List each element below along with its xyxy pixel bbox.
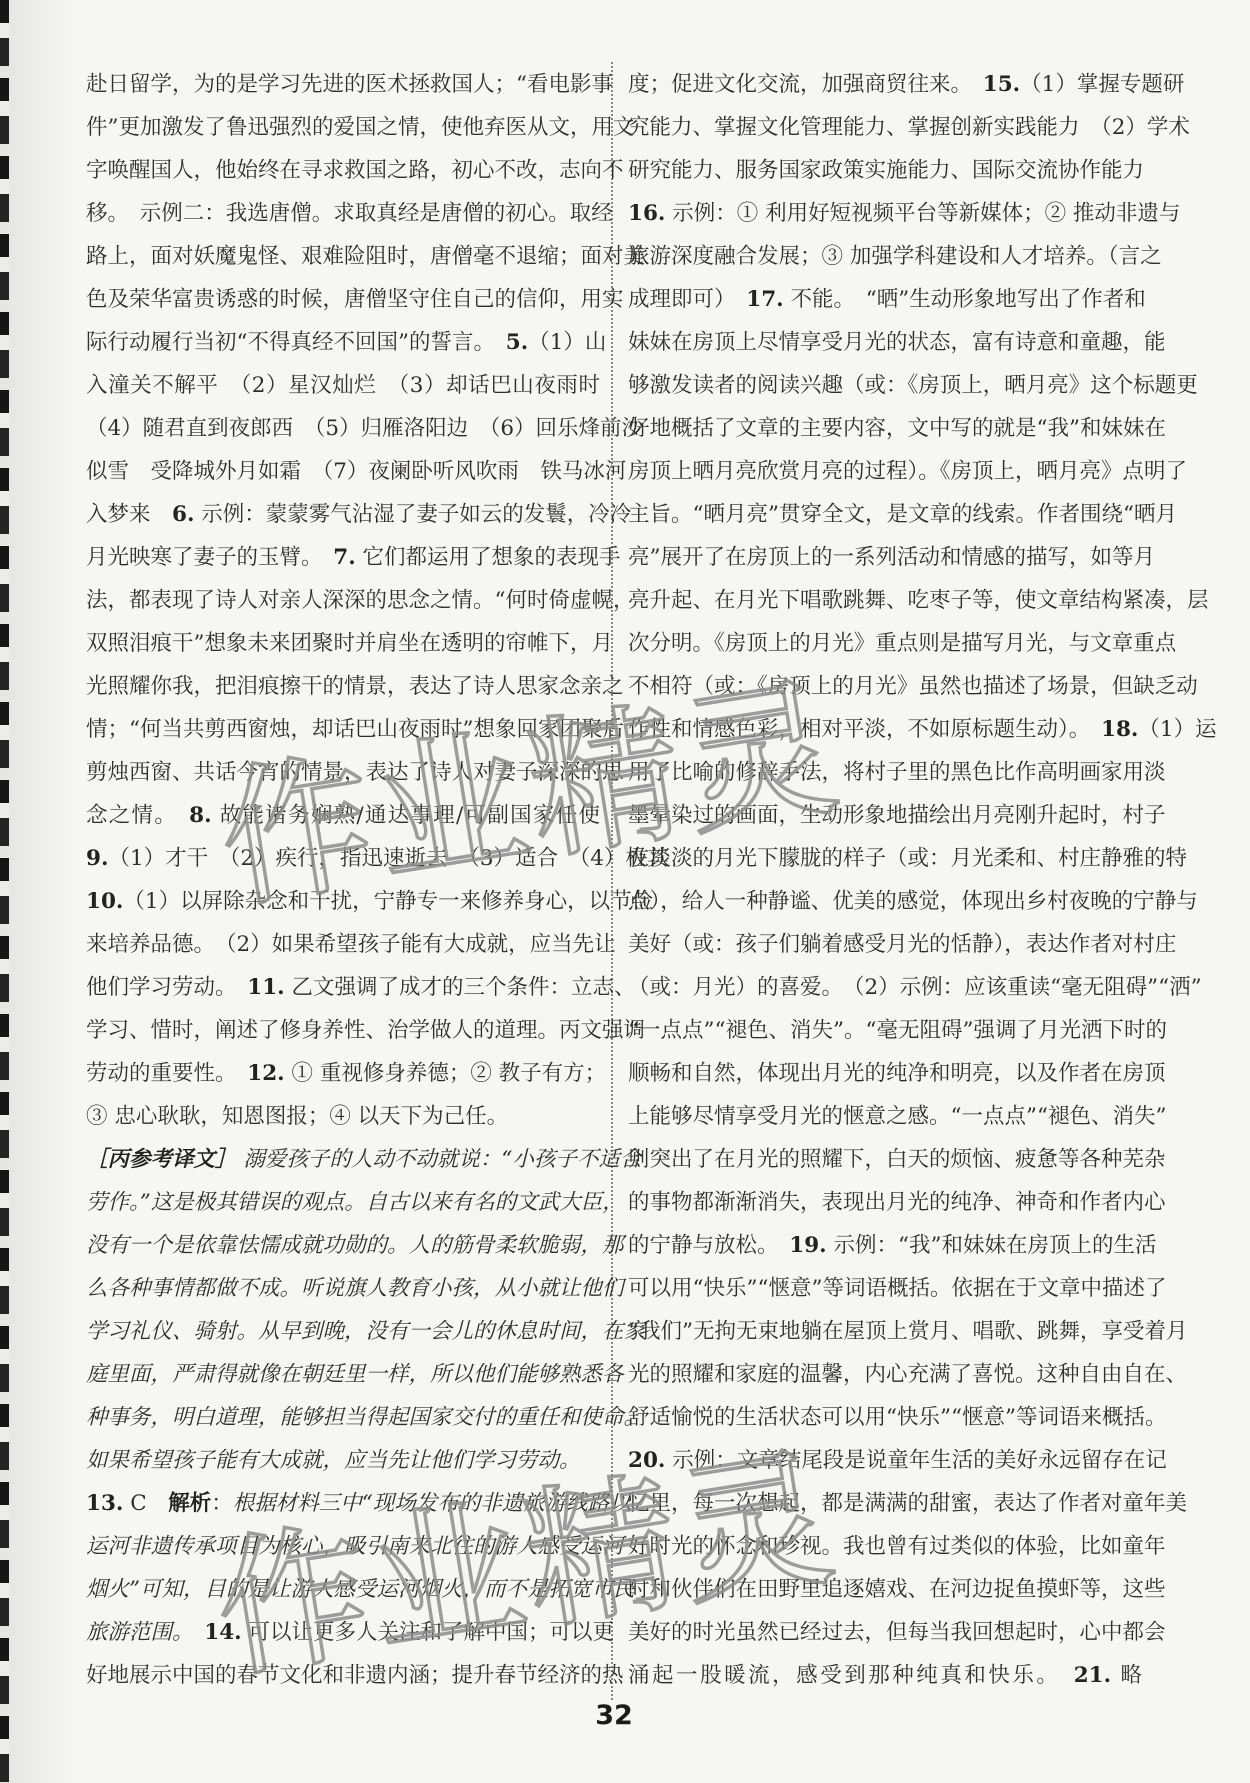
text-line: 情；“何当共剪西窗烛，却话巴山夜雨时”想象回家团聚后 — [86, 708, 600, 751]
answer-text: 用了比喻的修辞手法，将村子里的黑色比作高明画家用淡 — [628, 760, 1166, 785]
text-line: 墨晕染过的画面，生动形象地描绘出月亮刚升起时，村子 — [628, 794, 1142, 837]
text-line: ③ 忠心耿耿，知恩图报；④ 以天下为己任。 — [86, 1095, 600, 1138]
answer-text: 他们学习劳动。 — [86, 975, 247, 1000]
text-line: 的宁静与放松。 19. 示例：“我”和妹妹在房顶上的生活 — [628, 1224, 1142, 1267]
answer-text: 根据材料三中“现场发布的非遗旅游线路以 — [233, 1491, 631, 1516]
text-line: 移。 示例二：我选唐僧。求取真经是唐僧的初心。取经 — [86, 192, 600, 235]
text-line: （4）随君直到夜郎西 （5）归雁洛阳边 （6）回乐烽前沙 — [86, 407, 600, 450]
answer-text: 劳作。”这是极其错误的观点。自古以来有名的文武大臣， — [86, 1190, 624, 1215]
answer-text: 烟火”可知，目的是让游人感受运河烟火，而不是拓宽市民 — [86, 1577, 635, 1602]
answer-text: ： — [211, 1491, 233, 1516]
text-line: 运河非遗传承项目为核心，吸引南来北往的游人感受运河 — [86, 1525, 600, 1568]
text-line: 不相符（或：《房顶上的月光》虽然也描述了场景，但缺乏动 — [628, 665, 1142, 708]
answer-text: 作性和情感色彩，相对平淡，不如原标题生动）。 — [628, 717, 1101, 742]
text-line: 庭里面，严肃得就像在朝廷里一样，所以他们能够熟悉各 — [86, 1353, 600, 1396]
text-line: 成理即可） 17. 不能。 “晒”生动形象地写出了作者和 — [628, 278, 1142, 321]
text-line: 路上，面对妖魔鬼怪、艰难险阻时，唐僧毫不退缩；面对美 — [86, 235, 600, 278]
answer-text: 没有一个是依靠怯懦成就功勋的。人的筋骨柔软脆弱，那 — [86, 1233, 624, 1258]
text-line: 忆里，每一次想起，都是满满的甜蜜，表达了作者对童年美 — [628, 1482, 1142, 1525]
text-line: 似雪 受降城外月如霜 （7）夜阑卧听风吹雨 铁马冰河 — [86, 450, 600, 493]
text-line: 旅游深度融合发展；③ 加强学科建设和人才培养。（言之 — [628, 235, 1142, 278]
answer-number: 11. — [247, 975, 284, 1000]
binding-edge — [0, 0, 9, 1783]
text-line: 如果希望孩子能有大成就，应当先让他们学习劳动。 — [86, 1439, 600, 1482]
answer-number: 15. — [983, 72, 1020, 97]
answer-number: 10. — [86, 889, 123, 914]
answer-text: 入潼关不解平 （2）星汉灿烂 （3）却话巴山夜雨时 — [86, 373, 600, 398]
answer-text: “我们”无拘无束地躺在屋顶上赏月、唱歌、跳舞，享受着月 — [628, 1319, 1188, 1344]
answer-text: 际行动履行当初“不得真经不回国”的誓言。 — [86, 330, 506, 355]
text-line: 舒适愉悦的生活状态可以用“快乐”“惬意”等词语来概括。 — [628, 1396, 1142, 1439]
answer-text: 念之情。 — [86, 803, 189, 828]
text-line: 烟火”可知，目的是让游人感受运河烟火，而不是拓宽市民 — [86, 1568, 600, 1611]
text-line: 度；促进文化交流，加强商贸往来。 15.（1）掌握专题研 — [628, 63, 1142, 106]
text-line: 妹妹在房顶上尽情享受月光的状态，富有诗意和童趣，能 — [628, 321, 1142, 364]
answer-text: 舒适愉悦的生活状态可以用“快乐”“惬意”等词语来概括。 — [628, 1405, 1166, 1430]
text-line: 念之情。 8. 故能诸务娴熟/通达事理/可副国家任使 — [86, 794, 600, 837]
text-line: 好地概括了文章的主要内容，文中写的就是“我”和妹妹在 — [628, 407, 1142, 450]
text-line: 研究能力、服务国家政策实施能力、国际交流协作能力 — [628, 149, 1142, 192]
answer-number: 14. — [204, 1620, 241, 1645]
text-line: 可以用“快乐”“惬意”等词语概括。依据在于文章中描述了 — [628, 1267, 1142, 1310]
answer-text: 故能诸务娴熟/通达事理/可副国家任使 — [212, 803, 600, 828]
text-line: 9.（1）才干 （2）疾行，指迅速逝去 （3）适合 （4）极其 — [86, 837, 600, 880]
answer-number: 解析 — [168, 1491, 211, 1516]
text-line: 美好（或：孩子们躺着感受月光的恬静），表达作者对村庄 — [628, 923, 1142, 966]
answer-text: 庭里面，严肃得就像在朝廷里一样，所以他们能够熟悉各 — [86, 1362, 624, 1387]
answer-number: 7. — [333, 545, 355, 570]
text-line: 在淡淡的月光下朦胧的样子（或：月光柔和、村庄静雅的特 — [628, 837, 1142, 880]
answer-number: 21. — [1074, 1663, 1111, 1688]
left-column: 赴日留学，为的是学习先进的医术拯救国人；“看电影事件”更加激发了鲁迅强烈的爱国之… — [86, 63, 600, 1697]
text-line: 入潼关不解平 （2）星汉灿烂 （3）却话巴山夜雨时 — [86, 364, 600, 407]
answer-number: 17. — [746, 287, 783, 312]
answer-text: 房顶上晒月亮欣赏月亮的过程）。《房顶上，晒月亮》点明了 — [628, 459, 1187, 484]
text-line: 亮升起、在月光下唱歌跳舞、吃枣子等，使文章结构紧凑，层 — [628, 579, 1142, 622]
answer-text: 则突出了在月光的照耀下，白天的烦恼、疲惫等各种芜杂 — [628, 1147, 1166, 1172]
answer-number: 18. — [1101, 717, 1138, 742]
answer-text: 可以用“快乐”“惬意”等词语概括。依据在于文章中描述了 — [628, 1276, 1166, 1301]
text-line: 13. C 解析：根据材料三中“现场发布的非遗旅游线路以 — [86, 1482, 600, 1525]
answer-text: 光的照耀和家庭的温馨，内心充满了喜悦。这种自由自在、 — [628, 1362, 1187, 1387]
answer-text: 究能力、掌握文化管理能力、掌握创新实践能力 （2）学术 — [628, 115, 1190, 140]
answer-text: 成理即可） — [628, 287, 746, 312]
page-number: 32 — [86, 1700, 1142, 1731]
text-line: “我们”无拘无束地躺在屋顶上赏月、唱歌、跳舞，享受着月 — [628, 1310, 1142, 1353]
answer-text: 光照耀你我，把泪痕擦干的情景，表达了诗人思家念亲之 — [86, 674, 624, 699]
text-line: 用了比喻的修辞手法，将村子里的黑色比作高明画家用淡 — [628, 751, 1142, 794]
text-line: 亮”展开了在房顶上的一系列活动和情感的描写，如等月 — [628, 536, 1142, 579]
text-line: 16. 示例：① 利用好短视频平台等新媒体；② 推动非遗与 — [628, 192, 1142, 235]
answer-text: 的宁静与放松。 — [628, 1233, 789, 1258]
text-line: 字唤醒国人，他始终在寻求救国之路，初心不改，志向不 — [86, 149, 600, 192]
text-line: 10.（1）以屏除杂念和干扰，宁静专一来修养身心，以节俭 — [86, 880, 600, 923]
answer-text: C — [123, 1491, 168, 1516]
answer-text: 示例：文章结尾段是说童年生活的美好永远留存在记 — [665, 1448, 1166, 1473]
answer-text: （1）掌握专题研 — [1020, 72, 1184, 97]
answer-text: 移。 示例二：我选唐僧。求取真经是唐僧的初心。取经 — [86, 201, 613, 226]
text-line: 时和伙伴们在田野里追逐嬉戏、在河边捉鱼摸虾等，这些 — [628, 1568, 1142, 1611]
text-line: 没有一个是依靠怯懦成就功勋的。人的筋骨柔软脆弱，那 — [86, 1224, 600, 1267]
answer-text: ① 重视修身养德；② 教子有方； — [285, 1061, 607, 1086]
answer-text: 时和伙伴们在田野里追逐嬉戏、在河边捉鱼摸虾等，这些 — [628, 1577, 1166, 1602]
answer-text: 忆里，每一次想起，都是满满的甜蜜，表达了作者对童年美 — [628, 1491, 1187, 1516]
answer-text: 来培养品德。 （2）如果希望孩子能有大成就，应当先让 — [86, 932, 616, 957]
answer-text: 双照泪痕干”想象未来团聚时并肩坐在透明的帘帷下，月 — [86, 631, 613, 656]
text-line: 美好的时光虽然已经过去，但每当我回想起时，心中都会 — [628, 1611, 1142, 1654]
answer-text: 运河非遗传承项目为核心，吸引南来北往的游人感受运河 — [86, 1534, 624, 1559]
text-line: 他们学习劳动。 11. 乙文强调了成才的三个条件：立志、 — [86, 966, 600, 1009]
answer-text: 美好的时光虽然已经过去，但每当我回想起时，心中都会 — [628, 1620, 1166, 1645]
answer-text: 如果希望孩子能有大成就，应当先让他们学习劳动。 — [86, 1448, 581, 1473]
answer-text: 入梦来 — [86, 502, 172, 527]
text-line: 的事物都渐渐消失，表现出月光的纯净、神奇和作者内心 — [628, 1181, 1142, 1224]
answer-text: 示例：① 利用好短视频平台等新媒体；② 推动非遗与 — [665, 201, 1180, 226]
answer-text: 旅游深度融合发展；③ 加强学科建设和人才培养。（言之 — [628, 244, 1162, 269]
answer-text: 好地概括了文章的主要内容，文中写的就是“我”和妹妹在 — [628, 416, 1166, 441]
answer-number: 8. — [189, 803, 211, 828]
answer-text: 顺畅和自然，体现出月光的纯净和明亮，以及作者在房顶 — [628, 1061, 1166, 1086]
answer-number: 12. — [247, 1061, 284, 1086]
answer-text: 主旨。“晒月亮”贯穿全文，是文章的线索。作者围绕“晒月 — [628, 502, 1177, 527]
answer-text: 涌起一股暖流，感受到那种纯真和快乐。 — [628, 1663, 1074, 1688]
answer-text: 种事务，明白道理，能够担当得起国家交付的重任和使命。 — [86, 1405, 645, 1430]
text-line: 劳作。”这是极其错误的观点。自古以来有名的文武大臣， — [86, 1181, 600, 1224]
answer-number: 6. — [172, 502, 194, 527]
text-line: 法，都表现了诗人对亲人深深的思念之情。“何时倚虚幌， — [86, 579, 600, 622]
answer-number: 16. — [628, 201, 665, 226]
right-column: 度；促进文化交流，加强商贸往来。 15.（1）掌握专题研究能力、掌握文化管理能力… — [628, 63, 1142, 1697]
answer-text: 度；促进文化交流，加强商贸往来。 — [628, 72, 983, 97]
answer-number: 9. — [86, 846, 108, 871]
answer-text: 旅游范围。 — [86, 1620, 204, 1645]
answer-text: 在淡淡的月光下朦胧的样子（或：月光柔和、村庄静雅的特 — [628, 846, 1187, 871]
answer-text: 剪烛西窗、共话今宵的情景，表达了诗人对妻子深深的思 — [86, 760, 624, 785]
text-line: 剪烛西窗、共话今宵的情景，表达了诗人对妻子深深的思 — [86, 751, 600, 794]
answer-text: 情；“何当共剪西窗烛，却话巴山夜雨时”想象回家团聚后 — [86, 717, 624, 742]
text-line: 学习、惜时，阐述了修身养性、治学做人的道理。丙文强调 — [86, 1009, 600, 1052]
answer-text: （或：月光）的喜爱。 （2）示例：应该重读“毫无阻碍”“洒” — [628, 975, 1202, 1000]
answer-text: 上能够尽情享受月光的惬意之感。“一点点”“褪色、消失” — [628, 1104, 1166, 1129]
answer-text: 色及荣华富贵诱惑的时候，唐僧坚守住自己的信仰，用实 — [86, 287, 624, 312]
answer-number: 13. — [86, 1491, 123, 1516]
scanned-answer-page: 赴日留学，为的是学习先进的医术拯救国人；“看电影事件”更加激发了鲁迅强烈的爱国之… — [0, 0, 1250, 1783]
text-line: 究能力、掌握文化管理能力、掌握创新实践能力 （2）学术 — [628, 106, 1142, 149]
text-line: 光照耀你我，把泪痕擦干的情景，表达了诗人思家念亲之 — [86, 665, 600, 708]
answer-text: 不相符（或：《房顶上的月光》虽然也描述了场景，但缺乏动 — [628, 674, 1198, 699]
text-line: 涌起一股暖流，感受到那种纯真和快乐。 21. 略 — [628, 1654, 1142, 1697]
text-line: 种事务，明白道理，能够担当得起国家交付的重任和使命。 — [86, 1396, 600, 1439]
answer-text: 件”更加激发了鲁迅强烈的爱国之情，使他弃医从文，用文 — [86, 115, 635, 140]
answer-text: 乙文强调了成才的三个条件：立志、 — [285, 975, 636, 1000]
text-line: 则突出了在月光的照耀下，白天的烦恼、疲惫等各种芜杂 — [628, 1138, 1142, 1181]
text-line: 次分明。《房顶上的月光》重点则是描写月光，与文章重点 — [628, 622, 1142, 665]
answer-text: （1）山 — [528, 330, 606, 355]
text-line: 月光映寒了妻子的玉臂。 7. 它们都运用了想象的表现手 — [86, 536, 600, 579]
text-line: 际行动履行当初“不得真经不回国”的誓言。 5.（1）山 — [86, 321, 600, 364]
answer-text: （1）才干 （2）疾行，指迅速逝去 （3）适合 （4）极其 — [108, 846, 668, 871]
answer-text: 么各种事情都做不成。听说旗人教育小孩，从小就让他们 — [86, 1276, 624, 1301]
answer-text: 路上，面对妖魔鬼怪、艰难险阻时，唐僧毫不退缩；面对美 — [86, 244, 645, 269]
answer-text: （4）随君直到夜郎西 （5）归雁洛阳边 （6）回乐烽前沙 — [86, 416, 643, 441]
answer-text: （1）运 — [1138, 717, 1216, 742]
answer-number: 5. — [506, 330, 528, 355]
answer-text: 研究能力、服务国家政策实施能力、国际交流协作能力 — [628, 158, 1144, 183]
text-line: 来培养品德。 （2）如果希望孩子能有大成就，应当先让 — [86, 923, 600, 966]
answer-number: 19. — [789, 1233, 826, 1258]
answer-text: 的事物都渐渐消失，表现出月光的纯净、神奇和作者内心 — [628, 1190, 1166, 1215]
text-line: 学习礼仪、骑射。从早到晚，没有一会儿的休息时间，在家 — [86, 1310, 600, 1353]
answer-number: ［丙参考译文］ — [86, 1147, 237, 1172]
answer-text: 美好（或：孩子们躺着感受月光的恬静），表达作者对村庄 — [628, 932, 1176, 957]
answer-text: 它们都运用了想象的表现手 — [356, 545, 621, 570]
answer-text: 亮升起、在月光下唱歌跳舞、吃枣子等，使文章结构紧凑，层 — [628, 588, 1209, 613]
answer-text: 点），给人一种静谧、优美的感觉，体现出乡村夜晚的宁静与 — [628, 889, 1198, 914]
answer-text: 次分明。《房顶上的月光》重点则是描写月光，与文章重点 — [628, 631, 1176, 656]
answer-text: 法，都表现了诗人对亲人深深的思念之情。“何时倚虚幌， — [86, 588, 635, 613]
text-line: ［丙参考译文］ 溺爱孩子的人动不动就说：“小孩子不适合 — [86, 1138, 600, 1181]
text-line: 够激发读者的阅读兴趣（或：《房顶上，晒月亮》这个标题更 — [628, 364, 1142, 407]
answer-text: “一点点”“褪色、消失”。“毫无阻碍”强调了月光洒下时的 — [628, 1018, 1167, 1043]
text-line: 色及荣华富贵诱惑的时候，唐僧坚守住自己的信仰，用实 — [86, 278, 600, 321]
answer-text: ③ 忠心耿耿，知恩图报；④ 以天下为己任。 — [86, 1104, 508, 1129]
answer-text: 妹妹在房顶上尽情享受月光的状态，富有诗意和童趣，能 — [628, 330, 1166, 355]
text-line: 顺畅和自然，体现出月光的纯净和明亮，以及作者在房顶 — [628, 1052, 1142, 1095]
text-line: 劳动的重要性。 12. ① 重视修身养德；② 教子有方； — [86, 1052, 600, 1095]
text-line: 双照泪痕干”想象未来团聚时并肩坐在透明的帘帷下，月 — [86, 622, 600, 665]
answer-text: 赴日留学，为的是学习先进的医术拯救国人；“看电影事 — [86, 72, 613, 97]
answer-text: 示例：“我”和妹妹在房顶上的生活 — [827, 1233, 1157, 1258]
answer-text: 可以让更多人关注和了解中国；可以更 — [242, 1620, 614, 1645]
text-line: 赴日留学，为的是学习先进的医术拯救国人；“看电影事 — [86, 63, 600, 106]
text-line: 入梦来 6. 示例：蒙蒙雾气沾湿了妻子如云的发鬟，冷冷 — [86, 493, 600, 536]
text-line: （或：月光）的喜爱。 （2）示例：应该重读“毫无阻碍”“洒” — [628, 966, 1142, 1009]
answer-text: 示例：蒙蒙雾气沾湿了妻子如云的发鬟，冷冷 — [194, 502, 631, 527]
answer-number: 20. — [628, 1448, 665, 1473]
answer-text: 亮”展开了在房顶上的一系列活动和情感的描写，如等月 — [628, 545, 1155, 570]
text-line: 光的照耀和家庭的温馨，内心充满了喜悦。这种自由自在、 — [628, 1353, 1142, 1396]
text-line: “一点点”“褪色、消失”。“毫无阻碍”强调了月光洒下时的 — [628, 1009, 1142, 1052]
text-line: 么各种事情都做不成。听说旗人教育小孩，从小就让他们 — [86, 1267, 600, 1310]
answer-text: 墨晕染过的画面，生动形象地描绘出月亮刚升起时，村子 — [628, 803, 1166, 828]
text-line: 20. 示例：文章结尾段是说童年生活的美好永远留存在记 — [628, 1439, 1142, 1482]
answer-text: 字唤醒国人，他始终在寻求救国之路，初心不改，志向不 — [86, 158, 624, 183]
text-line: 好时光的怀念和珍视。我也曾有过类似的体验，比如童年 — [628, 1525, 1142, 1568]
answer-text: （1）以屏除杂念和干扰，宁静专一来修养身心，以节俭 — [123, 889, 653, 914]
answer-text: 略 — [1111, 1663, 1142, 1688]
text-line: 件”更加激发了鲁迅强烈的爱国之情，使他弃医从文，用文 — [86, 106, 600, 149]
answer-text: 好时光的怀念和珍视。我也曾有过类似的体验，比如童年 — [628, 1534, 1166, 1559]
text-line: 旅游范围。 14. 可以让更多人关注和了解中国；可以更 — [86, 1611, 600, 1654]
answer-text: 似雪 受降城外月如霜 （7）夜阑卧听风吹雨 铁马冰河 — [86, 459, 626, 484]
answer-text: 月光映寒了妻子的玉臂。 — [86, 545, 333, 570]
answer-text: 劳动的重要性。 — [86, 1061, 247, 1086]
answer-text: 学习、惜时，阐述了修身养性、治学做人的道理。丙文强调 — [86, 1018, 645, 1043]
answer-text: 学习礼仪、骑射。从早到晚，没有一会儿的休息时间，在家 — [86, 1319, 645, 1344]
text-line: 作性和情感色彩，相对平淡，不如原标题生动）。 18.（1）运 — [628, 708, 1142, 751]
text-line: 点），给人一种静谧、优美的感觉，体现出乡村夜晚的宁静与 — [628, 880, 1142, 923]
answer-text: 不能。 “晒”生动形象地写出了作者和 — [784, 287, 1146, 312]
text-line: 上能够尽情享受月光的惬意之感。“一点点”“褪色、消失” — [628, 1095, 1142, 1138]
answer-text: 好地展示中国的春节文化和非遗内涵；提升春节经济的热 — [86, 1663, 624, 1688]
answer-text: 够激发读者的阅读兴趣（或：《房顶上，晒月亮》这个标题更 — [628, 373, 1198, 398]
text-line: 房顶上晒月亮欣赏月亮的过程）。《房顶上，晒月亮》点明了 — [628, 450, 1142, 493]
text-line: 主旨。“晒月亮”贯穿全文，是文章的线索。作者围绕“晒月 — [628, 493, 1142, 536]
answer-text: 溺爱孩子的人动不动就说：“小孩子不适合 — [237, 1147, 642, 1172]
text-line: 好地展示中国的春节文化和非遗内涵；提升春节经济的热 — [86, 1654, 600, 1697]
